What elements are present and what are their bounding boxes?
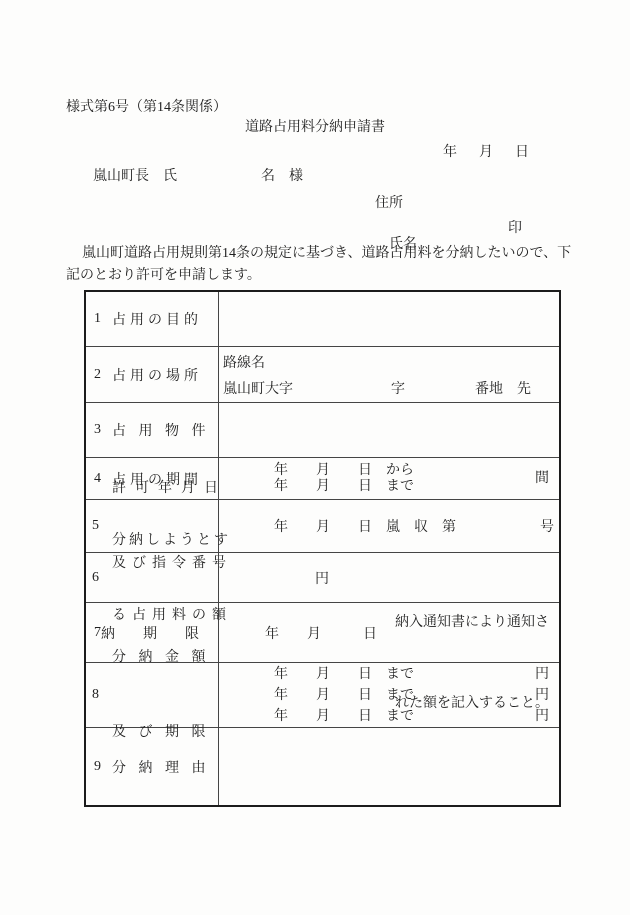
row-label: 占用の目的: [112, 309, 202, 329]
row-number: 4: [94, 471, 112, 487]
yen-unit-label: 円: [535, 664, 559, 685]
period-from-line: 年 月 日 から: [274, 463, 559, 479]
label-cell-place: 2占用の場所: [86, 347, 219, 402]
period-field: 年 月 日 から 年 月 日 まで 間: [219, 458, 559, 499]
row-label-lines: 分納金額 及び期限: [112, 595, 218, 795]
reason-blank-field: [219, 728, 559, 805]
row-label-line1: 分納しようとす: [112, 528, 232, 553]
seal-label: 印: [508, 221, 522, 237]
table-row-occupation-place: 2占用の場所 路線名 嵐山町大字 字 番地 先: [86, 346, 559, 402]
period-duration-label: 間: [535, 471, 549, 487]
installments-field: 年 月 日 まで 円 年 月 日 まで 円 年 月 日 まで 円: [219, 663, 559, 727]
document-title: 道路占用料分納申請書: [0, 120, 630, 136]
label-cell-installments: 8 分納金額 及び期限: [86, 663, 219, 727]
yen-unit-label: 円: [535, 685, 559, 706]
installment-date: 年 月 日 まで: [219, 706, 414, 727]
label-cell-purpose: 1占用の目的: [86, 292, 219, 346]
installment-date: 年 月 日 まで: [219, 685, 414, 706]
installment-line: 年 月 日 まで 円: [219, 664, 559, 685]
installment-date: 年 月 日 まで: [219, 664, 414, 685]
installment-line: 年 月 日 まで 円: [219, 706, 559, 727]
route-name-label: 路線名: [223, 352, 555, 372]
form-number: 様式第6号（第14条関係）: [66, 100, 227, 116]
purpose-blank-field: [219, 292, 559, 346]
row-number: 8: [92, 687, 99, 703]
deadline-field: 年 月 日: [219, 603, 559, 662]
body-paragraph-line2: 記のとおり許可を申請します。: [66, 268, 261, 284]
yen-unit-label: 円: [535, 706, 559, 727]
row-number: 6: [92, 570, 99, 586]
row-number: 1: [94, 311, 112, 327]
row-number: 5: [92, 518, 99, 534]
addressee-line: 嵐山町長 氏 名 様: [93, 169, 303, 185]
body-paragraph-line1: 嵐山町道路占用規則第14条の規定に基づき、道路占用料を分納したいので、下: [82, 246, 571, 262]
row-number: 9: [94, 759, 112, 775]
row-label-line2: 及び期限: [112, 720, 218, 745]
table-row-installment-amounts-deadlines: 8 分納金額 及び期限 年 月 日 まで 円 年 月 日 まで 円 年 月 日 …: [86, 662, 559, 727]
date-line: 年 月 日: [443, 145, 533, 161]
row-label-line1: 分納金額: [112, 645, 218, 670]
address-template-line: 嵐山町大字 字 番地 先: [223, 378, 555, 398]
yen-unit-label: 円: [315, 568, 329, 588]
address-label: 住所: [375, 196, 403, 212]
application-form-page: 様式第6号（第14条関係） 道路占用料分納申請書 年 月 日 嵐山町長 氏 名 …: [0, 0, 630, 915]
row-label: 占用の場所: [112, 365, 202, 385]
period-to-line: 年 月 日 まで: [274, 479, 559, 495]
permit-field: 年 月 日 嵐 収 第 号: [219, 500, 559, 552]
installment-line: 年 月 日 まで 円: [219, 685, 559, 706]
permit-date-number-line: 年 月 日 嵐 収 第 号: [219, 516, 554, 536]
application-table: 1占用の目的 2占用の場所 路線名 嵐山町大字 字 番地 先 3占用物件 4占用…: [84, 290, 561, 807]
deadline-date-line: 年 月 日: [219, 623, 377, 643]
row-number: 3: [94, 422, 112, 438]
row-number: 7: [94, 625, 101, 641]
object-blank-field: [219, 403, 559, 457]
table-row-occupation-purpose: 1占用の目的: [86, 292, 559, 346]
row-number: 2: [94, 367, 112, 383]
place-field: 路線名 嵐山町大字 字 番地 先: [219, 347, 559, 402]
amount-field: 円 納入通知書により通知さ れた額を記入すること。: [219, 553, 559, 602]
